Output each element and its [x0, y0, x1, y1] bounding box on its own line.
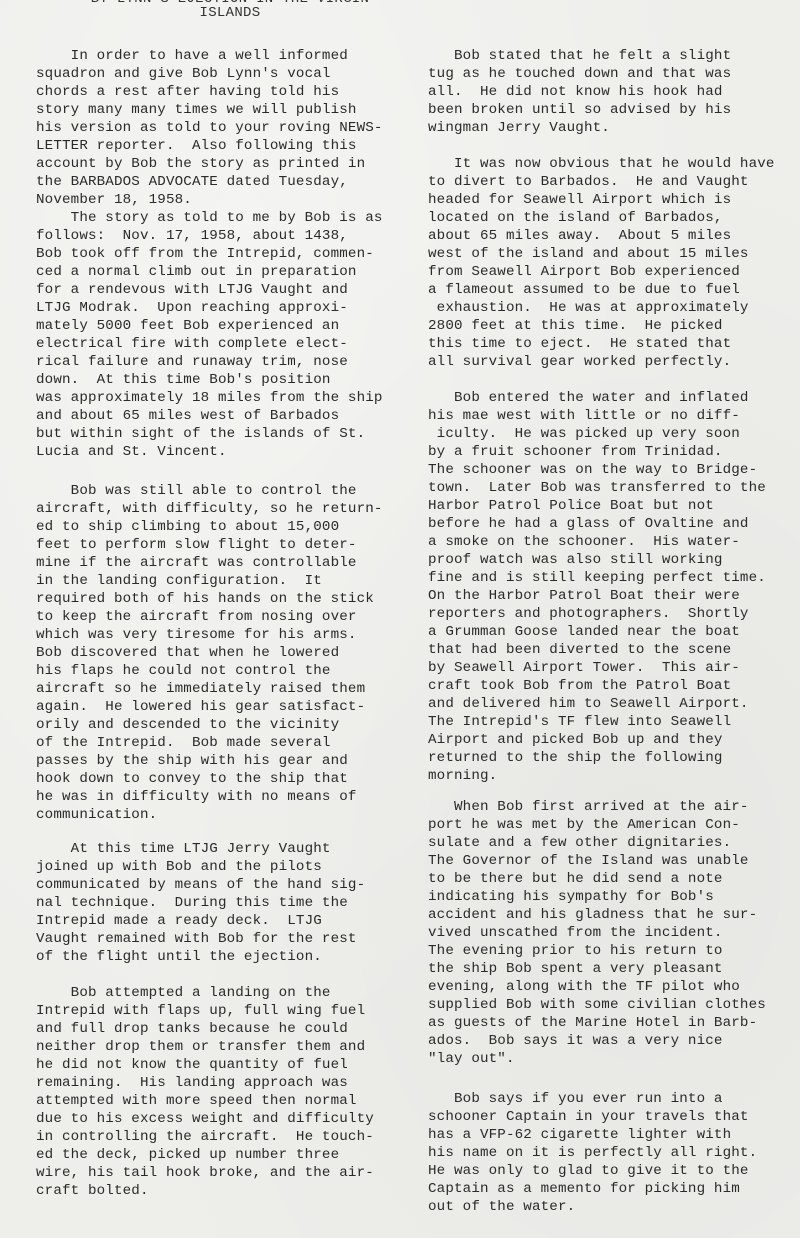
text-line: which was very tiresome for his arms.: [36, 626, 383, 644]
text-line: Vaught remained with Bob for the rest: [36, 930, 365, 948]
paragraph: Bob entered the water and inflatedhis ma…: [428, 389, 766, 785]
text-line: The Intrepid's TF flew into Seawell: [428, 713, 766, 731]
text-line: and full drop tanks because he could: [36, 1020, 374, 1038]
text-line: he was in difficulty with no means of: [36, 788, 383, 806]
text-line: from Seawell Airport Bob experienced: [428, 263, 775, 281]
text-line: exhaustion. He was at approximately: [428, 299, 775, 317]
text-line: communication.: [36, 806, 383, 824]
text-line: for a rendevous with LTJG Vaught and: [36, 281, 383, 299]
text-line: the ship Bob spent a very pleasant: [428, 960, 766, 978]
text-line: account by Bob the story as printed in: [36, 155, 383, 173]
text-line: accident and his gladness that he sur-: [428, 906, 766, 924]
text-line: mine if the aircraft was controllable: [36, 554, 383, 572]
text-line: has a VFP-62 cigarette lighter with: [428, 1126, 757, 1144]
paragraph: Bob was still able to control theaircraf…: [36, 482, 383, 824]
text-line: ced a normal climb out in preparation: [36, 263, 383, 281]
text-line: feet to perform slow flight to deter-: [36, 536, 383, 554]
text-line: proof watch was also still working: [428, 551, 766, 569]
text-line: On the Harbor Patrol Boat their were: [428, 587, 766, 605]
text-line: rical failure and runaway trim, nose: [36, 353, 383, 371]
text-line: and delivered him to Seawell Airport.: [428, 695, 766, 713]
text-line: to divert to Barbados. He and Vaught: [428, 173, 775, 191]
text-line: but within sight of the islands of St.: [36, 425, 383, 443]
text-line: Bob says if you ever run into a: [428, 1090, 757, 1108]
text-line: all. He did not know his hook had: [428, 83, 731, 101]
text-line: the BARBADOS ADVOCATE dated Tuesday,: [36, 173, 383, 191]
text-line: Captain as a memento for picking him: [428, 1180, 757, 1198]
paragraph: Bob says if you ever run into aschooner …: [428, 1090, 757, 1216]
text-line: been broken until so advised by his: [428, 101, 731, 119]
text-line: Bob entered the water and inflated: [428, 389, 766, 407]
text-line: communicated by means of the hand sig-: [36, 876, 365, 894]
document-page: BY LYNN'S EJECTION IN THE VIRGIN ISLANDS…: [0, 0, 800, 1238]
text-line: to be there but he did send a note: [428, 870, 766, 888]
text-line: At this time LTJG Jerry Vaught: [36, 840, 365, 858]
text-line: his mae west with little or no diff-: [428, 407, 766, 425]
text-line: port he was met by the American Con-: [428, 816, 766, 834]
text-line: craft bolted.: [36, 1182, 374, 1200]
text-line: ados. Bob says it was a very nice: [428, 1032, 766, 1050]
text-line: ed the deck, picked up number three: [36, 1146, 374, 1164]
text-line: vived unscathed from the incident.: [428, 924, 766, 942]
text-line: out of the water.: [428, 1198, 757, 1216]
text-line: Airport and picked Bob up and they: [428, 731, 766, 749]
paragraph: Bob attempted a landing on theIntrepid w…: [36, 984, 374, 1200]
text-line: In order to have a well informed: [36, 47, 383, 65]
text-line: November 18, 1958.: [36, 191, 383, 209]
text-line: LTJG Modrak. Upon reaching approxi-: [36, 299, 383, 317]
text-line: by a fruit schooner from Trinidad.: [428, 443, 766, 461]
text-line: attempted with more speed then normal: [36, 1092, 374, 1110]
text-line: Harbor Patrol Police Boat but not: [428, 497, 766, 515]
text-line: Intrepid with flaps up, full wing fuel: [36, 1002, 374, 1020]
text-line: that had been diverted to the scene: [428, 641, 766, 659]
text-line: chords a rest after having told his: [36, 83, 383, 101]
text-line: returned to the ship the following: [428, 749, 766, 767]
text-line: he did not know the quantity of fuel: [36, 1056, 374, 1074]
text-line: wingman Jerry Vaught.: [428, 119, 731, 137]
text-line: a Grumman Goose landed near the boat: [428, 623, 766, 641]
text-line: aircraft, with difficulty, so he return-: [36, 500, 383, 518]
text-line: mately 5000 feet Bob experienced an: [36, 317, 383, 335]
text-line: 2800 feet at this time. He picked: [428, 317, 775, 335]
text-line: craft took Bob from the Patrol Boat: [428, 677, 766, 695]
text-line: evening, along with the TF pilot who: [428, 978, 766, 996]
text-line: and about 65 miles west of Barbados: [36, 407, 383, 425]
text-line: ed to ship climbing to about 15,000: [36, 518, 383, 536]
text-line: When Bob first arrived at the air-: [428, 798, 766, 816]
text-line: tug as he touched down and that was: [428, 65, 731, 83]
text-line: his flaps he could not control the: [36, 662, 383, 680]
text-line: passes by the ship with his gear and: [36, 752, 383, 770]
text-line: before he had a glass of Ovaltine and: [428, 515, 766, 533]
text-line: Bob took off from the Intrepid, commen-: [36, 245, 383, 263]
text-line: a flameout assumed to be due to fuel: [428, 281, 775, 299]
text-line: by Seawell Airport Tower. This air-: [428, 659, 766, 677]
text-line: remaining. His landing approach was: [36, 1074, 374, 1092]
text-line: town. Later Bob was transferred to the: [428, 479, 766, 497]
text-line: hook down to convey to the ship that: [36, 770, 383, 788]
text-line: The story as told to me by Bob is as: [36, 209, 383, 227]
text-line: Bob discovered that when he lowered: [36, 644, 383, 662]
text-line: electrical fire with complete elect-: [36, 335, 383, 353]
text-line: about 65 miles away. About 5 miles: [428, 227, 775, 245]
text-line: aircraft so he immediately raised them: [36, 680, 383, 698]
text-line: "lay out".: [428, 1050, 766, 1068]
text-line: in controlling the aircraft. He touch-: [36, 1128, 374, 1146]
text-line: Bob was still able to control the: [36, 482, 383, 500]
text-line: wire, his tail hook broke, and the air-: [36, 1164, 374, 1182]
text-line: his name on it is perfectly all right.: [428, 1144, 757, 1162]
text-line: Bob stated that he felt a slight: [428, 47, 731, 65]
text-line: story many many times we will publish: [36, 101, 383, 119]
text-line: all survival gear worked perfectly.: [428, 353, 775, 371]
paragraph: At this time LTJG Jerry Vaughtjoined up …: [36, 840, 365, 966]
text-line: as guests of the Marine Hotel in Barb-: [428, 1014, 766, 1032]
text-line: again. He lowered his gear satisfact-: [36, 698, 383, 716]
text-line: to keep the aircraft from nosing over: [36, 608, 383, 626]
text-line: sulate and a few other dignitaries.: [428, 834, 766, 852]
text-line: joined up with Bob and the pilots: [36, 858, 365, 876]
text-line: located on the island of Barbados,: [428, 209, 775, 227]
text-line: He was only to glad to give it to the: [428, 1162, 757, 1180]
text-line: a smoke on the schooner. His water-: [428, 533, 766, 551]
text-line: fine and is still keeping perfect time.: [428, 569, 766, 587]
text-line: morning.: [428, 767, 766, 785]
text-line: this time to eject. He stated that: [428, 335, 775, 353]
text-line: of the flight until the ejection.: [36, 948, 365, 966]
text-line: reporters and photographers. Shortly: [428, 605, 766, 623]
text-line: indicating his sympathy for Bob's: [428, 888, 766, 906]
text-line: Lucia and St. Vincent.: [36, 443, 383, 461]
text-line: required both of his hands on the stick: [36, 590, 383, 608]
text-line: The evening prior to his return to: [428, 942, 766, 960]
text-line: nal technique. During this time the: [36, 894, 365, 912]
text-line: Intrepid made a ready deck. LTJG: [36, 912, 365, 930]
text-line: neither drop them or transfer them and: [36, 1038, 374, 1056]
paragraph: In order to have a well informedsquadron…: [36, 47, 383, 461]
text-line: follows: Nov. 17, 1958, about 1438,: [36, 227, 383, 245]
paragraph: Bob stated that he felt a slighttug as h…: [428, 47, 731, 137]
text-line: due to his excess weight and difficulty: [36, 1110, 374, 1128]
text-line: Bob attempted a landing on the: [36, 984, 374, 1002]
text-line: in the landing configuration. It: [36, 572, 383, 590]
text-line: supplied Bob with some civilian clothes: [428, 996, 766, 1014]
text-line: his version as told to your roving NEWS-: [36, 119, 383, 137]
paragraph: It was now obvious that he would haveto …: [428, 155, 775, 371]
text-line: The Governor of the Island was unable: [428, 852, 766, 870]
text-line: down. At this time Bob's position: [36, 371, 383, 389]
text-line: iculty. He was picked up very soon: [428, 425, 766, 443]
text-line: orily and descended to the vicinity: [36, 716, 383, 734]
text-line: squadron and give Bob Lynn's vocal: [36, 65, 383, 83]
text-line: was approximately 18 miles from the ship: [36, 389, 383, 407]
text-line: of the Intrepid. Bob made several: [36, 734, 383, 752]
text-line: The schooner was on the way to Bridge-: [428, 461, 766, 479]
text-line: schooner Captain in your travels that: [428, 1108, 757, 1126]
text-line: LETTER reporter. Also following this: [36, 137, 383, 155]
text-line: headed for Seawell Airport which is: [428, 191, 775, 209]
heading-line-2: ISLANDS: [155, 5, 305, 22]
paragraph: When Bob first arrived at the air-port h…: [428, 798, 766, 1068]
text-line: west of the island and about 15 miles: [428, 245, 775, 263]
text-line: It was now obvious that he would have: [428, 155, 775, 173]
